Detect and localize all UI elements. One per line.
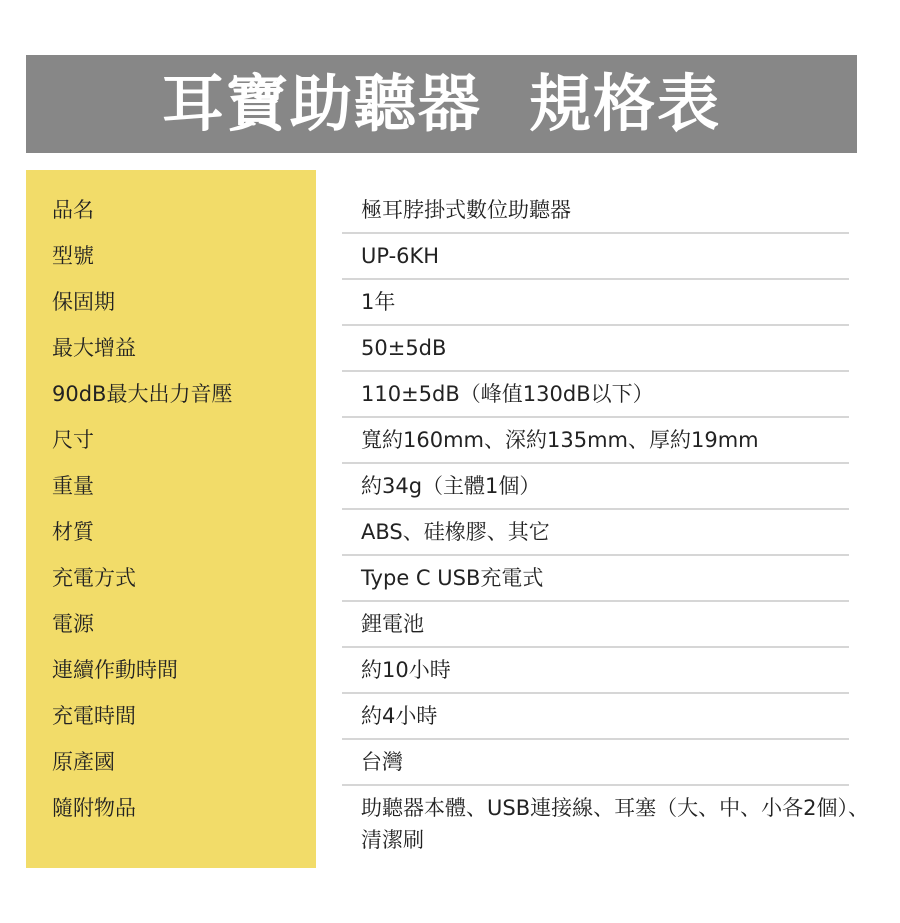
spec-row-warranty: 保固期 1年 — [0, 279, 900, 325]
spec-row-model: 型號 UP-6KH — [0, 233, 900, 279]
spec-label: 隨附物品 — [52, 785, 136, 831]
spec-row-product-name: 品名 極耳脖掛式數位助聽器 — [0, 187, 900, 233]
spec-label: 電源 — [52, 601, 94, 647]
title-bar: 耳寶助聽器 規格表 — [26, 55, 857, 153]
spec-value: 台灣 — [361, 739, 403, 785]
spec-row-runtime: 連續作動時間 約10小時 — [0, 647, 900, 693]
spec-value: ABS、硅橡膠、其它 — [361, 509, 550, 555]
spec-value: 寬約160mm、深約135mm、厚約19mm — [361, 417, 759, 463]
spec-label: 充電方式 — [52, 555, 136, 601]
spec-value: 鋰電池 — [361, 601, 424, 647]
spec-label: 材質 — [52, 509, 94, 555]
spec-value: 50±5dB — [361, 325, 446, 371]
spec-value: 助聽器本體、USB連接線、耳塞（大、中、小各2個）、清潔刷 — [361, 792, 881, 856]
spec-label: 最大增益 — [52, 325, 136, 371]
spec-label: 充電時間 — [52, 693, 136, 739]
spec-value: 極耳脖掛式數位助聽器 — [361, 187, 571, 233]
spec-row-power: 電源 鋰電池 — [0, 601, 900, 647]
spec-value: 1年 — [361, 279, 395, 325]
spec-value: Type C USB充電式 — [361, 555, 543, 601]
spec-label: 保固期 — [52, 279, 115, 325]
spec-label: 型號 — [52, 233, 94, 279]
spec-label: 連續作動時間 — [52, 647, 178, 693]
spec-value: 約34g（主體1個） — [361, 463, 540, 509]
spec-value: UP-6KH — [361, 233, 439, 279]
spec-label: 90dB最大出力音壓 — [52, 371, 232, 417]
spec-value: 約4小時 — [361, 693, 437, 739]
spec-row-material: 材質 ABS、硅橡膠、其它 — [0, 509, 900, 555]
spec-value: 110±5dB（峰值130dB以下） — [361, 371, 654, 417]
spec-label: 重量 — [52, 463, 94, 509]
spec-row-dimensions: 尺寸 寬約160mm、深約135mm、厚約19mm — [0, 417, 900, 463]
spec-label: 尺寸 — [52, 417, 94, 463]
spec-row-weight: 重量 約34g（主體1個） — [0, 463, 900, 509]
spec-row-max-gain: 最大增益 50±5dB — [0, 325, 900, 371]
spec-row-origin: 原產國 台灣 — [0, 739, 900, 785]
spec-row-max-output: 90dB最大出力音壓 110±5dB（峰值130dB以下） — [0, 371, 900, 417]
spec-label: 原產國 — [52, 739, 115, 785]
page-title: 耳寶助聽器 規格表 — [162, 73, 721, 135]
spec-row-charge-time: 充電時間 約4小時 — [0, 693, 900, 739]
spec-value: 約10小時 — [361, 647, 451, 693]
spec-row-accessories: 隨附物品 助聽器本體、USB連接線、耳塞（大、中、小各2個）、清潔刷 — [0, 785, 900, 865]
spec-label: 品名 — [52, 187, 94, 233]
spec-row-charging-method: 充電方式 Type C USB充電式 — [0, 555, 900, 601]
